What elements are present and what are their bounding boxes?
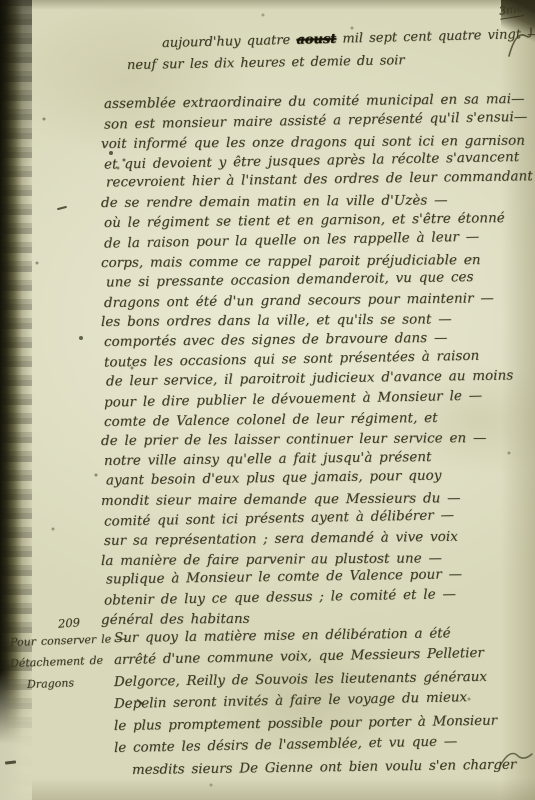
manuscript-line: comte de Valence colonel de leur régimen… (104, 411, 438, 430)
manuscript-line: assemblée extraordinaire du comité munic… (104, 92, 525, 112)
manuscript-line: notre ville ainsy qu'elle a fait jusqu'à… (104, 450, 432, 469)
manuscript-line: de se rendre demain matin en la ville d'… (101, 194, 448, 212)
header-time-line: neuf sur les dix heures et demie du soir (127, 53, 405, 73)
manuscript-page: 3me aujourd'huy quatre aoust mil sept ce… (0, 0, 535, 800)
manuscript-line: de leur service, il paroitroit judicieux… (106, 368, 514, 389)
manuscript-line: voit informé que les onze dragons qui so… (101, 133, 525, 151)
manuscript-line: le comte les désirs de l'assemblée, et v… (114, 734, 457, 756)
manuscript-line: ayant besoin d'eux plus que jamais, pour… (106, 469, 442, 489)
manuscript-line: Sur quoy la matière mise en délibération… (114, 626, 451, 646)
manuscript-line: où le régiment se tient et en garnison, … (104, 211, 505, 231)
manuscript-line: son est monsieur maire assisté a représe… (104, 110, 528, 133)
manuscript-line: sur sa représentation ; sera demandé à v… (104, 529, 458, 548)
header-month-overwritten: aoust (296, 32, 336, 48)
manuscript-line: les bons ordres dans la ville, et qu'ils… (101, 313, 452, 331)
manuscript-line: comportés avec des signes de bravoure da… (104, 331, 448, 350)
manuscript-line: le plus promptement possible pour porter… (114, 714, 497, 734)
manuscript-line: la manière de faire parvenir au plustost… (101, 551, 442, 569)
manuscript-line: toutes les occasions qui se sont présent… (104, 349, 480, 371)
manuscript-line: suplique à Monsieur le comte de Valence … (106, 568, 462, 588)
manuscript-line: et qui devoient y être jusques après la … (104, 150, 520, 173)
manuscript-line: Depelin seront invités à faire le voyage… (114, 690, 467, 712)
margin-note-number: 209 (58, 615, 81, 630)
manuscript-line: obtenir de luy ce que dessus ; le comité… (104, 587, 456, 608)
manuscript-line: dragons ont été d'un grand secours pour … (104, 291, 494, 311)
manuscript-line: pour le dire publier le dévouement à Mon… (104, 388, 482, 410)
manuscript-line: de la raison pour la quelle on les rappe… (104, 230, 479, 252)
manuscript-line: général des habitans (101, 612, 250, 628)
manuscript-line: mesdits sieurs De Gienne ont bien voulu … (132, 758, 516, 778)
header-date-line: aujourd'huy quatre aoust mil sept cent q… (162, 27, 535, 51)
header-date-pre: aujourd'huy quatre (162, 33, 297, 51)
manuscript-line: comité qui sont ici présents ayent à dél… (104, 508, 454, 529)
manuscript-line: une si pressante occasion demanderoit, v… (106, 270, 474, 290)
manuscript-line: corps, mais comme ce rappel paroit préju… (101, 253, 481, 271)
manuscript-line: de le prier de les laisser continuer leu… (101, 431, 487, 449)
ink-specks (0, 0, 2, 2)
manuscript-line: Delgorce, Reilly de Souvois les lieutena… (114, 670, 487, 690)
margin-note-line: Détachement de (10, 654, 103, 670)
ink-dash-mark (57, 206, 67, 210)
margin-note-line: Dragons (27, 676, 74, 691)
margin-note-line: Pour conserver le — (10, 632, 128, 649)
manuscript-line: arrêté d'une commune voix, que Messieurs… (114, 646, 484, 668)
manuscript-line: recevroient hier à l'instant des ordres … (106, 170, 533, 191)
manuscript-line: mondit sieur maire demande que Messieurs… (101, 491, 461, 509)
